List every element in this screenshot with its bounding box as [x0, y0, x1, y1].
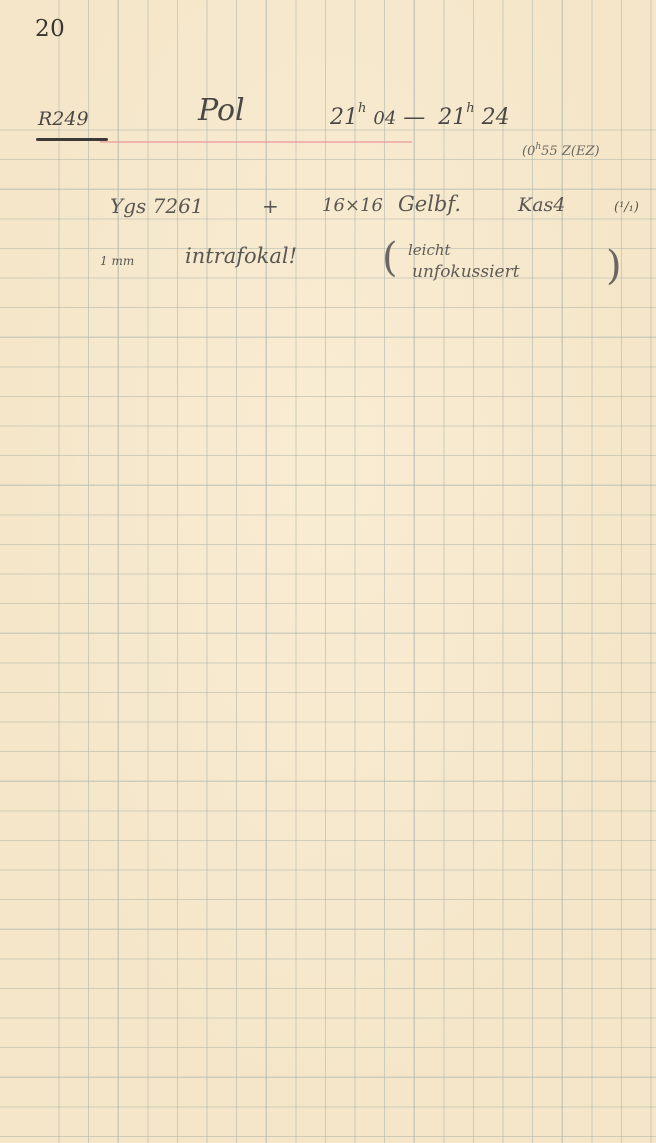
page-number: 20 — [35, 16, 65, 42]
intrafocal-text: intrafokal! — [185, 246, 297, 267]
time-note: (0h55 Z(EZ) — [522, 145, 600, 158]
time-start-unit: h — [358, 101, 366, 116]
stack-top: leicht — [408, 243, 451, 258]
filter: Gelbf. — [398, 194, 461, 215]
time-start-minutes: 04 — [373, 108, 396, 129]
time-dash: — — [403, 105, 425, 130]
time-end-minutes: 24 — [482, 105, 510, 130]
paren-open: ( — [382, 238, 398, 278]
plus-sign: + — [262, 196, 279, 216]
grid-horizontal-lines — [0, 101, 656, 1143]
note-close: (EZ) — [571, 144, 600, 159]
time-end-hours: 21 — [438, 105, 466, 130]
plate-size: 16×16 — [322, 197, 383, 215]
cassette: Kas4 — [518, 196, 565, 215]
note-abbr: Z — [562, 144, 571, 159]
cassette-note: (¹/₁) — [614, 201, 639, 214]
notebook-page: 20 R249 Pol 21h 04 — 21h 24 (0h55 Z(EZ) … — [0, 0, 656, 1143]
plate-type: Ygs 7261 — [110, 196, 204, 216]
time-start-hours: 21 — [330, 105, 358, 130]
time-range: 21h 04 — 21h 24 — [330, 107, 510, 129]
paren-close: ) — [606, 246, 622, 286]
note-value2: 55 — [541, 144, 558, 159]
mm-mark: 1 mm — [100, 255, 134, 267]
stack-bottom: unfokussiert — [412, 264, 520, 281]
plate-id: R249 — [38, 110, 89, 129]
red-margin-rule — [100, 141, 412, 143]
object-name: Pol — [198, 96, 245, 126]
time-end-unit: h — [466, 101, 474, 116]
note-sup: h — [535, 142, 541, 152]
plate-id-underline — [36, 138, 108, 141]
